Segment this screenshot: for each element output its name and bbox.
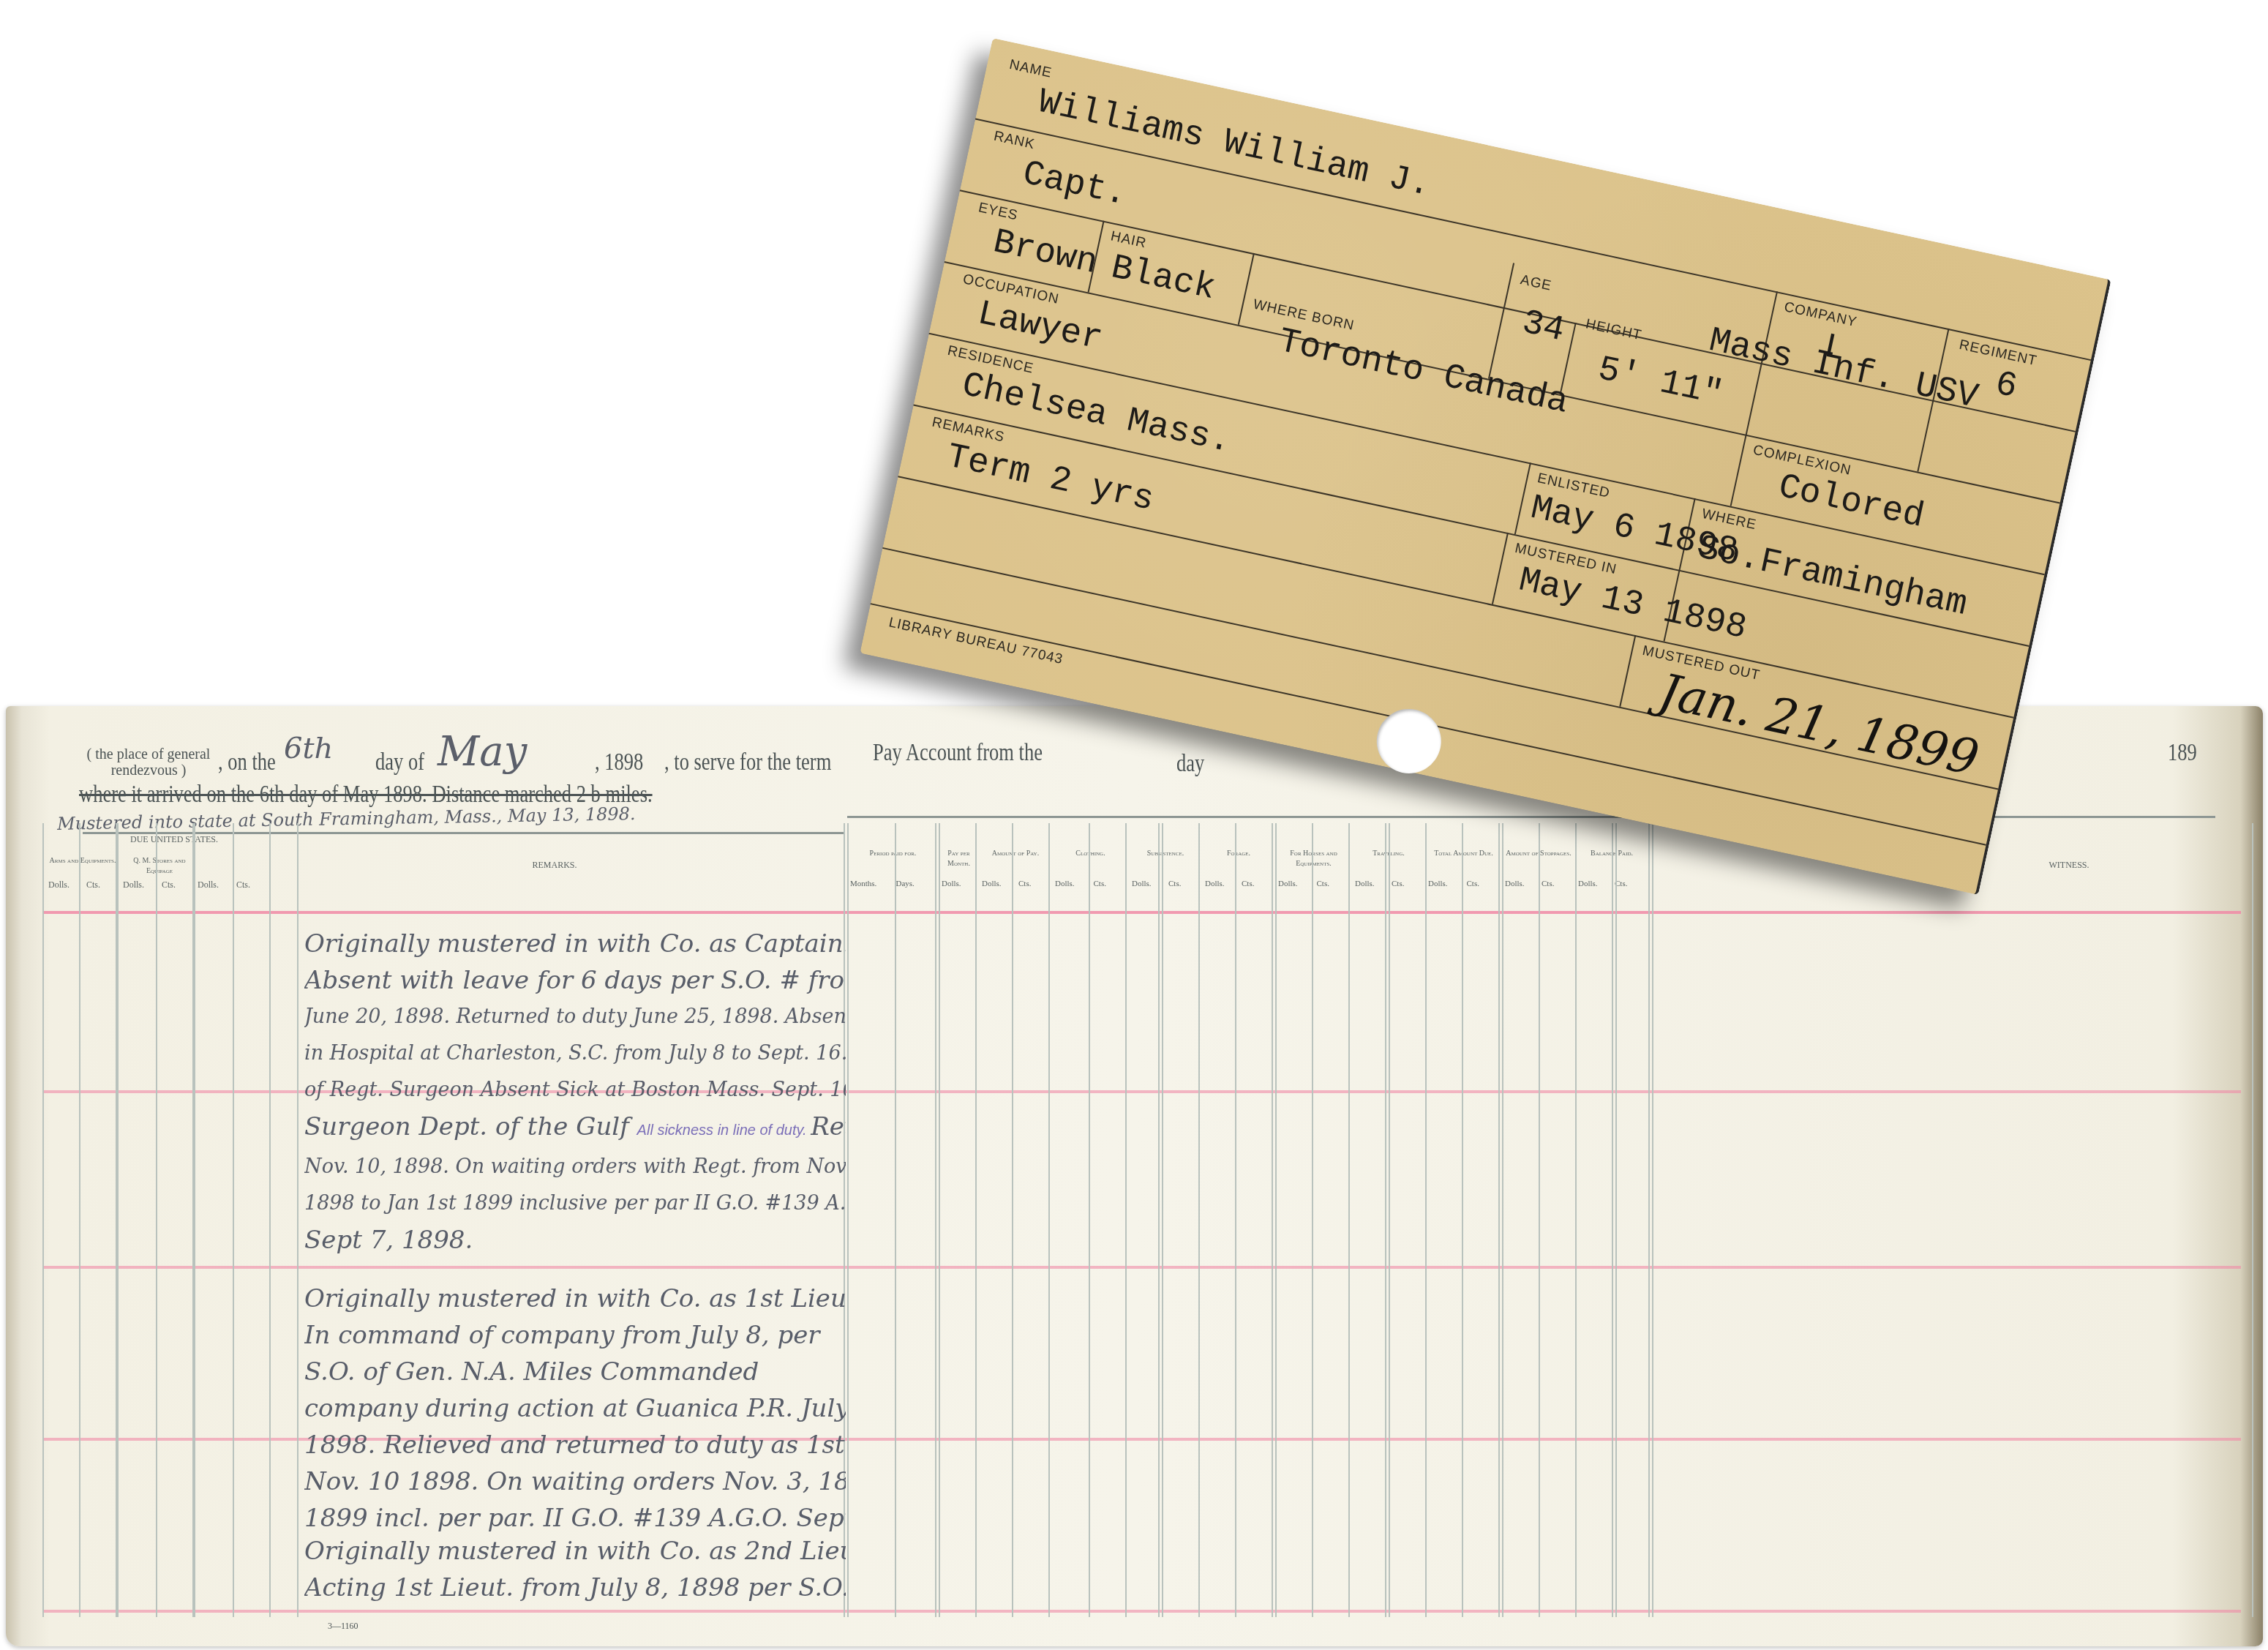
- column-rule: [1089, 823, 1090, 1617]
- column-rule: [1575, 823, 1577, 1617]
- pay-account-label: Pay Account from the: [873, 739, 1043, 767]
- column-rule: [1462, 823, 1463, 1617]
- pay-sub-label: Cts.: [1242, 880, 1254, 888]
- sub-dolls: Dolls.: [123, 880, 144, 890]
- sub-cts: Cts.: [236, 880, 250, 890]
- sub-cts: Cts.: [86, 880, 100, 890]
- column-rule: [1385, 823, 1386, 1617]
- column-rule: [1272, 823, 1273, 1617]
- remark-line: Nov. 10, 1898. On waiting orders with Re…: [304, 1149, 846, 1185]
- label-name: NAME: [1007, 57, 1053, 82]
- day-of-label: day of: [375, 749, 424, 776]
- pay-header-rule: [847, 816, 2215, 818]
- column-rule: [194, 823, 195, 1617]
- group-arms: Arms and Equipments.: [42, 856, 123, 866]
- remark-line: in Hospital at Charleston, S.C. from Jul…: [304, 1035, 846, 1072]
- remark-line: 1899 incl. per par. II G.O. #139 A.G.O. …: [304, 1500, 846, 1537]
- remark-line: Absent with leave for 6 days per S.O. # …: [304, 962, 846, 999]
- due-us-title: DUE UNITED STATES.: [64, 834, 284, 844]
- pay-sub-label: Dolls.: [1505, 880, 1525, 888]
- pay-sub-label: Cts.: [1392, 880, 1404, 888]
- column-rule: [117, 823, 119, 1617]
- column-rule: [1652, 823, 1653, 1617]
- column-rule: [935, 823, 936, 1617]
- pay-sub-label: Dolls.: [982, 880, 1002, 888]
- column-rule: [1162, 823, 1163, 1617]
- pay-sub-label: Dolls.: [1428, 880, 1448, 888]
- value-age: 34: [1518, 303, 1568, 350]
- day-written: 6th: [284, 732, 333, 765]
- remark-line: 1898. Relieved and returned to duty as 1…: [304, 1427, 846, 1463]
- pay-sub-label: Cts.: [1317, 880, 1329, 888]
- remark-entry-first-lieut: Originally mustered in with Co. as 1st L…: [304, 1280, 846, 1537]
- card-divider: [1619, 635, 1636, 707]
- card-divider: [1492, 533, 1509, 604]
- pay-sub-label: Dolls.: [1578, 880, 1598, 888]
- pay-column-title: For Horses and Equipments.: [1275, 849, 1352, 869]
- sub-cts: Cts.: [162, 880, 176, 890]
- year-label: , 1898: [595, 749, 643, 776]
- column-rule: [975, 823, 977, 1617]
- pay-column-title: Amount of Pay.: [979, 849, 1052, 859]
- column-rule: [1615, 823, 1617, 1617]
- card-footer: LIBRARY BUREAU 77043: [887, 615, 1064, 668]
- label-rank: RANK: [992, 129, 1036, 154]
- pay-sub-label: Cts.: [1168, 880, 1181, 888]
- label-eyes: EYES: [977, 200, 1019, 224]
- remark-line: June 20, 1898. Returned to duty June 25,…: [304, 999, 846, 1035]
- column-rule: [1539, 823, 1540, 1617]
- sub-dolls: Dolls.: [48, 880, 70, 890]
- pay-sub-label: Cts.: [1467, 880, 1479, 888]
- pay-sub-label: Cts.: [1018, 880, 1031, 888]
- remark-line: Nov. 10 1898. On waiting orders Nov. 3, …: [304, 1463, 846, 1500]
- column-rule: [1502, 823, 1503, 1617]
- pay-column-title: Period paid for.: [847, 849, 939, 859]
- pay-sub-label: Days.: [896, 880, 915, 888]
- value-mustered-out: Jan. 21, 1899: [1654, 663, 1983, 787]
- pay-sub-label: Months.: [850, 880, 876, 888]
- column-rule: [939, 823, 940, 1617]
- remark-line: 1898 to Jan 1st 1899 inclusive per par I…: [304, 1185, 846, 1222]
- column-rule: [233, 823, 234, 1617]
- pay-sub-label: Dolls.: [942, 880, 961, 888]
- remark-line: S.O. of Gen. N.A. Miles Commanded: [304, 1354, 846, 1390]
- remark-entry-second-lieut: Originally mustered in with Co. as 2nd L…: [304, 1533, 846, 1606]
- remark-line: Originally mustered in with Co. as Capta…: [304, 926, 846, 962]
- place-note: ( the place of general rendezvous ): [86, 746, 211, 779]
- pay-column-title: Pay per Month.: [939, 849, 979, 869]
- remark-line: Surgeon Dept. of the Gulf All sickness i…: [304, 1109, 846, 1149]
- witness-title: WITNESS.: [1996, 860, 2142, 870]
- column-rule: [1612, 823, 1613, 1617]
- remark-line: Originally mustered in with Co. as 1st L…: [304, 1280, 846, 1317]
- remark-line: Originally mustered in with Co. as 2nd L…: [304, 1533, 846, 1570]
- group-qm: Q. M. Stores and Equipage: [123, 856, 196, 877]
- column-rule: [1275, 823, 1277, 1617]
- row-rule: [42, 1266, 2241, 1269]
- column-rule: [2252, 823, 2253, 1617]
- pay-sub-label: Cts.: [1542, 880, 1554, 888]
- column-rule: [1048, 823, 1050, 1617]
- column-rule: [1348, 823, 1350, 1617]
- column-rule: [297, 823, 298, 1617]
- column-rule: [1125, 823, 1127, 1617]
- column-rule: [1425, 823, 1427, 1617]
- card-divider: [1238, 253, 1255, 325]
- pay-sub-label: Cts.: [1094, 880, 1106, 888]
- remark-line: Sept 7, 1898.: [304, 1222, 846, 1259]
- label-regiment: REGIMENT: [1958, 337, 2038, 370]
- remark-line: In command of company from July 8, per: [304, 1317, 846, 1354]
- row-rule: [42, 911, 2241, 914]
- pay-column-title: Clothing.: [1052, 849, 1129, 859]
- column-rule: [1389, 823, 1390, 1617]
- column-rule: [1012, 823, 1013, 1617]
- pay-account-day: day: [1176, 750, 1204, 778]
- label-age: AGE: [1519, 272, 1553, 295]
- pay-column-title: Forage.: [1202, 849, 1275, 859]
- remark-line: Acting 1st Lieut. from July 8, 1898 per …: [304, 1570, 846, 1606]
- pay-sub-label: Dolls.: [1355, 880, 1375, 888]
- column-rule: [79, 823, 80, 1617]
- column-rule: [1235, 823, 1236, 1617]
- pay-column-title: Total Amount Due.: [1425, 849, 1502, 859]
- pay-sub-label: Dolls.: [1205, 880, 1225, 888]
- pay-sub-label: Dolls.: [1055, 880, 1075, 888]
- remark-entry-captain: Originally mustered in with Co. as Capta…: [304, 926, 846, 1259]
- label-company: COMPANY: [1782, 299, 1858, 331]
- form-number: 3—1160: [328, 1621, 358, 1632]
- column-rule: [847, 823, 849, 1617]
- on-the-label: , on the: [218, 749, 276, 776]
- column-rule: [269, 823, 271, 1617]
- column-rule: [1198, 823, 1200, 1617]
- column-rule: [1158, 823, 1160, 1617]
- pay-column-title: Subsistence.: [1129, 849, 1202, 859]
- column-rule: [895, 823, 896, 1617]
- card-divider: [1730, 291, 1778, 506]
- column-rule: [1648, 823, 1650, 1617]
- remark-line: of Regt. Surgeon Absent Sick at Boston M…: [304, 1072, 846, 1109]
- year-prefix: 189: [2168, 739, 2197, 767]
- value-complexion: Colored: [1775, 468, 1927, 537]
- column-rule: [156, 823, 157, 1617]
- sickness-stamp: All sickness in line of duty.: [637, 1122, 811, 1139]
- card-divider: [1488, 263, 1514, 379]
- sub-dolls: Dolls.: [198, 880, 219, 890]
- remarks-title: REMARKS.: [445, 860, 664, 870]
- column-rule: [1498, 823, 1500, 1617]
- place-note-text: the place of general rendezvous: [95, 746, 210, 779]
- label-height: HEIGHT: [1584, 316, 1643, 344]
- month-written: May: [438, 728, 527, 776]
- row-rule: [42, 1610, 2241, 1613]
- pay-sub-label: Dolls.: [1278, 880, 1298, 888]
- card-line: [913, 404, 2029, 647]
- serve-term-label: , to serve for the term: [664, 749, 831, 776]
- column-rule: [42, 823, 44, 1617]
- remark-line: company during action at Guanica P.R. Ju…: [304, 1390, 846, 1427]
- pay-sub-label: Dolls.: [1132, 880, 1152, 888]
- column-rule: [1312, 823, 1313, 1617]
- value-regiment: 6: [1991, 364, 2021, 408]
